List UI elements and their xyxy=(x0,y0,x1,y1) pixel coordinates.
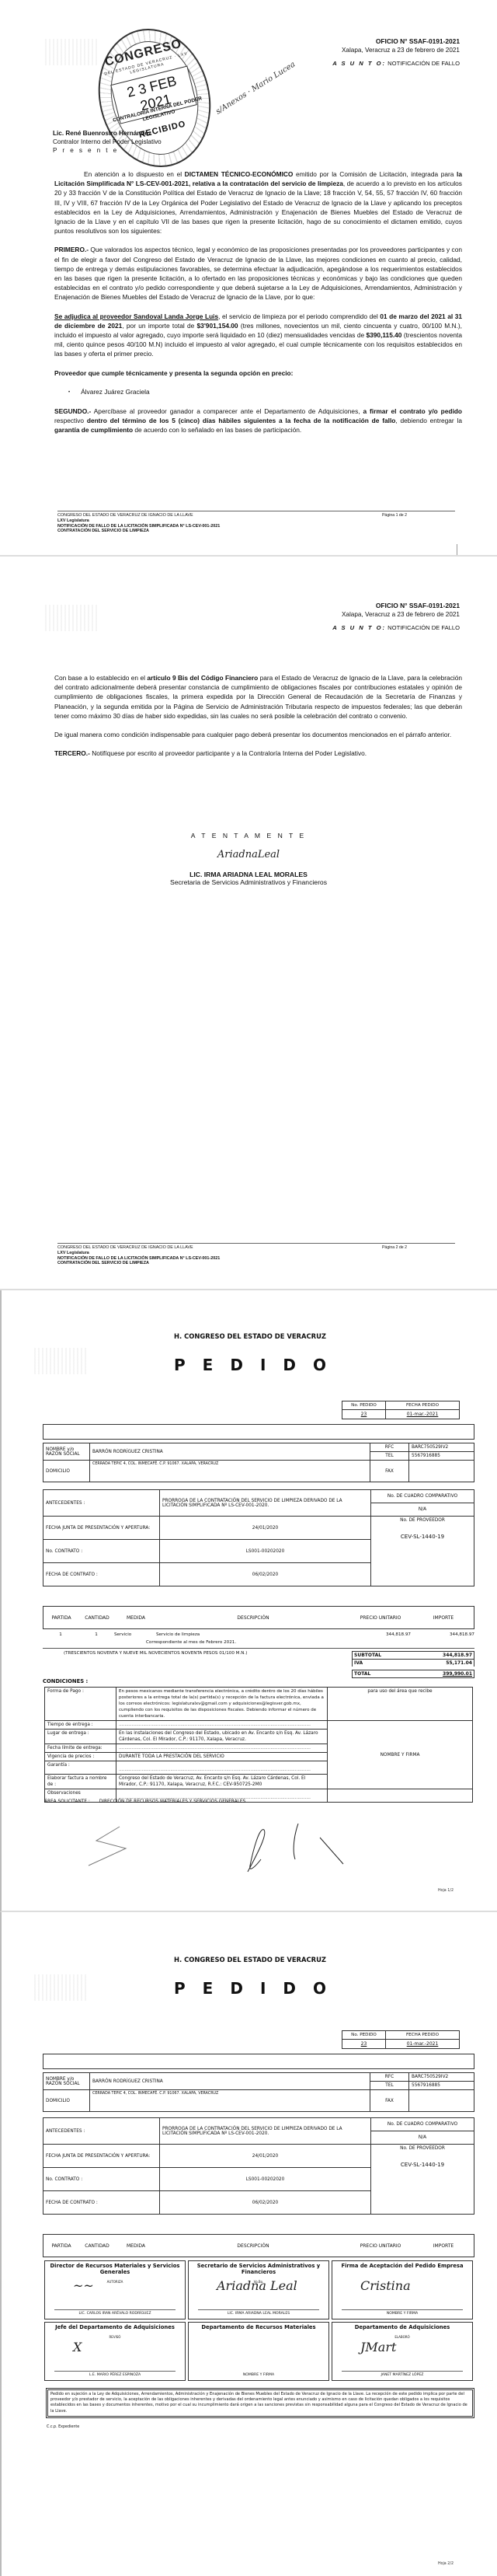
supplier-table: NOMBRE y/o RAZÓN SOCIALBARRÓN RODRÍGUEZ … xyxy=(43,1443,474,1482)
intro-paragraph: En atención a lo dispuesto en el DICTAME… xyxy=(54,169,462,236)
pedido-number-box: No. PEDIDOFECHA PEDIDO 2301-mar.-2021 xyxy=(342,1401,460,1419)
supplier-name: BARRÓN RODRÍGUEZ CRISTINA xyxy=(90,1443,370,1461)
segunda-list: Álvarez Juárez Graciela xyxy=(68,387,462,397)
codigo-paragraph: Con base a lo establecido en el artículo… xyxy=(54,673,462,721)
delivery-place: En las instalaciones del Congreso del Es… xyxy=(116,1730,328,1744)
legal-notice: Pedido en sujeción a la Ley de Adquisici… xyxy=(46,2388,474,2418)
faded-logo xyxy=(45,605,99,631)
addressee-name: Lic. René Buenrostro Hernández xyxy=(53,129,162,138)
contract-table: ANTECEDENTES :PRORROGA DE LA CONTRATACIÓ… xyxy=(43,2117,474,2215)
addressee-title: Contralor Interno del Poder Legislativo xyxy=(53,138,162,146)
conditions-label: CONDICIONES : xyxy=(43,1678,88,1684)
page-number: Página 1 de 2 xyxy=(382,513,407,518)
conditions-table: Forma de Pago :En pesos mexicanos median… xyxy=(44,1687,473,1803)
contract-number: LS001-00202020 xyxy=(160,1540,371,1563)
signature-box: Secretario de Servicios Administrativos … xyxy=(188,2260,329,2319)
antecedentes: PRORROGA DE LA CONTRATACIÓN DEL SERVICIO… xyxy=(160,1490,371,1517)
blank-bar xyxy=(43,2054,474,2069)
signature-grid: Director de Recursos Materiales y Servic… xyxy=(44,2260,473,2381)
signatures-ink xyxy=(73,1819,399,1889)
items-header: PARTIDACANTIDADMEDIDADESCRIPCIÓNPRECIO U… xyxy=(43,2234,474,2257)
asunto-label: A S U N T O: xyxy=(332,60,386,67)
segunda-heading: Proveedor que cumple técnicamente y pres… xyxy=(54,368,462,378)
asunto-value: NOTIFICACIÓN DE FALLO xyxy=(388,60,460,67)
invoice-to: Congreso del Estado de Veracruz, Av. Enc… xyxy=(116,1775,328,1789)
igual-paragraph: De igual manera como condición indispens… xyxy=(54,730,462,739)
place-date: Xalapa, Veracruz a 23 de febrero de 2021 xyxy=(332,46,460,54)
handwritten-note: s/Anexos · Mario Lucea xyxy=(214,60,297,116)
pedido-page-2: H. CONGRESO DEL ESTADO DE VERACRUZ PEDID… xyxy=(0,1912,497,2576)
iva-value: 55,171.04 xyxy=(446,1660,472,1666)
winner-name: Se adjudica al proveedor Sandoval Landa … xyxy=(54,312,218,320)
page-number: Página 2 de 2 xyxy=(382,1245,407,1251)
asunto: A S U N T O: NOTIFICACIÓN DE FALLO xyxy=(332,59,460,68)
segundo-paragraph: SEGUNDO.- Apercíbase al proveedor ganado… xyxy=(54,407,462,435)
oficio-number: OFICIO N° SSAF-0191-2021 xyxy=(332,602,460,610)
place-date: Xalapa, Veracruz a 23 de febrero de 2021 xyxy=(332,610,460,619)
pedido-title: PEDIDO xyxy=(2,1356,497,1374)
page-footer: CONGRESO DEL ESTADO DE VERACRUZ DE IGNAC… xyxy=(57,1243,455,1266)
signature-box: Director de Recursos Materiales y Servic… xyxy=(44,2260,186,2319)
contract-table: ANTECEDENTES :PRORROGA DE LA CONTRATACIÓ… xyxy=(43,1489,474,1586)
signature-box: Firma de Aceptación del Pedido EmpresaCr… xyxy=(332,2260,473,2319)
letter-page-2: OFICIO N° SSAF-0191-2021 Xalapa, Veracru… xyxy=(0,557,497,1290)
letter-body-2: Con base a lo establecido en el artículo… xyxy=(54,673,462,767)
letter-page-1: CONGRESO DEL ESTADO DE VERACRUZ · LXV LE… xyxy=(0,0,497,557)
page-footer: CONGRESO DEL ESTADO DE VERACRUZ DE IGNAC… xyxy=(57,511,455,534)
requesting-area: ÁREA SOLICITANTE :DIRECCIÓN DE RECURSOS … xyxy=(44,1799,245,1804)
total-amount: $3'901,154.00 xyxy=(197,322,238,330)
addressee: Lic. René Buenrostro Hernández Contralor… xyxy=(53,129,162,155)
letter-header: OFICIO N° SSAF-0191-2021 Xalapa, Veracru… xyxy=(332,37,460,68)
signer-name: LIC. IRMA ARIADNA LEAL MORALES xyxy=(0,871,497,878)
institution-name: H. CONGRESO DEL ESTADO DE VERACRUZ xyxy=(2,1332,497,1340)
supplier-address: CERRADA TEPIC 4, COL. INMECAFÉ. C.P. 910… xyxy=(90,1461,370,1482)
pedido-page-1: H. CONGRESO DEL ESTADO DE VERACRUZ PEDID… xyxy=(0,1290,497,1912)
supplier-tel: 5567916885 xyxy=(409,1452,474,1461)
signer-role: Secretaria de Servicios Administrativos … xyxy=(0,878,497,886)
received-stamp: CONGRESO DEL ESTADO DE VERACRUZ · LXV LE… xyxy=(84,16,224,179)
pedido-header: H. CONGRESO DEL ESTADO DE VERACRUZ PEDID… xyxy=(2,1956,497,1998)
asunto: A S U N T O: NOTIFICACIÓN DE FALLO xyxy=(332,623,460,632)
supplier-table: NOMBRE y/o RAZÓN SOCIALBARRÓN RODRÍGUEZ … xyxy=(43,2072,474,2112)
primero-paragraph: PRIMERO.- Que valorados los aspectos téc… xyxy=(54,245,462,302)
tercero-paragraph: TERCERO.- Notifíquese por escrito al pro… xyxy=(54,749,462,758)
pedido-number: 23 xyxy=(342,1409,386,1419)
proveedor-number: CEV-SL-1440-19 xyxy=(374,1534,471,1540)
pedido-date: 01-mar.-2021 xyxy=(386,1409,459,1419)
pedido-number-box: No. PEDIDOFECHA PEDIDO 2301-mar.-2021 xyxy=(342,2030,460,2049)
signature-box: Departamento de Recursos MaterialesNOMBR… xyxy=(188,2322,329,2381)
ccp-note: C.c.p. Expediente xyxy=(47,2425,79,2429)
margin-initial-mark xyxy=(457,544,463,557)
sheet-number: Hoja 1/2 xyxy=(438,1889,454,1893)
total-value: 399,990.01 xyxy=(443,1671,472,1677)
letter-body-1: En atención a lo dispuesto en el DICTAME… xyxy=(54,169,462,444)
signature-block: A T E N T A M E N T E AriadnaLeal LIC. I… xyxy=(0,832,497,886)
subtotal-value: 344,818.97 xyxy=(443,1653,472,1658)
signature-ink: AriadnaLeal xyxy=(0,839,497,871)
pedido-header: H. CONGRESO DEL ESTADO DE VERACRUZ PEDID… xyxy=(2,1332,497,1374)
blank-bar xyxy=(43,1424,474,1440)
salutation: P r e s e n t e xyxy=(53,146,162,155)
table-row: 11ServicioServicio de limpieza344,818.97… xyxy=(43,1632,474,1637)
adjudica-paragraph: Se adjudica al proveedor Sandoval Landa … xyxy=(54,312,462,359)
closing-word: A T E N T A M E N T E xyxy=(0,832,497,839)
items-header: PARTIDACANTIDADMEDIDADESCRIPCIÓNPRECIO U… xyxy=(43,1606,474,1629)
list-item: Álvarez Juárez Graciela xyxy=(68,387,462,397)
amount-in-words: (TRESCIENTOS NOVENTA Y NUEVE MIL NOVECIE… xyxy=(64,1651,247,1656)
signature-box: Departamento de AdquisicionesELABORÓJMar… xyxy=(332,2322,473,2381)
letter-header: OFICIO N° SSAF-0191-2021 Xalapa, Veracru… xyxy=(332,602,460,632)
totals-box: SUBTOTAL344,818.97 IVA55,171.04 TOTAL399… xyxy=(352,1651,474,1678)
payment-terms: En pesos mexicanos mediante transferenci… xyxy=(116,1688,328,1721)
sheet-number: Hoja 2/2 xyxy=(438,2562,454,2566)
monthly-amount: $390,115.40 xyxy=(367,331,402,339)
oficio-number: OFICIO N° SSAF-0191-2021 xyxy=(332,37,460,46)
item-detail: Correspondiente al mes de Febrero 2021. xyxy=(146,1640,236,1645)
signature-box: Jefe del Departamento de AdquisicionesRE… xyxy=(44,2322,186,2381)
supplier-rfc: BARC750529IV2 xyxy=(409,1443,474,1452)
